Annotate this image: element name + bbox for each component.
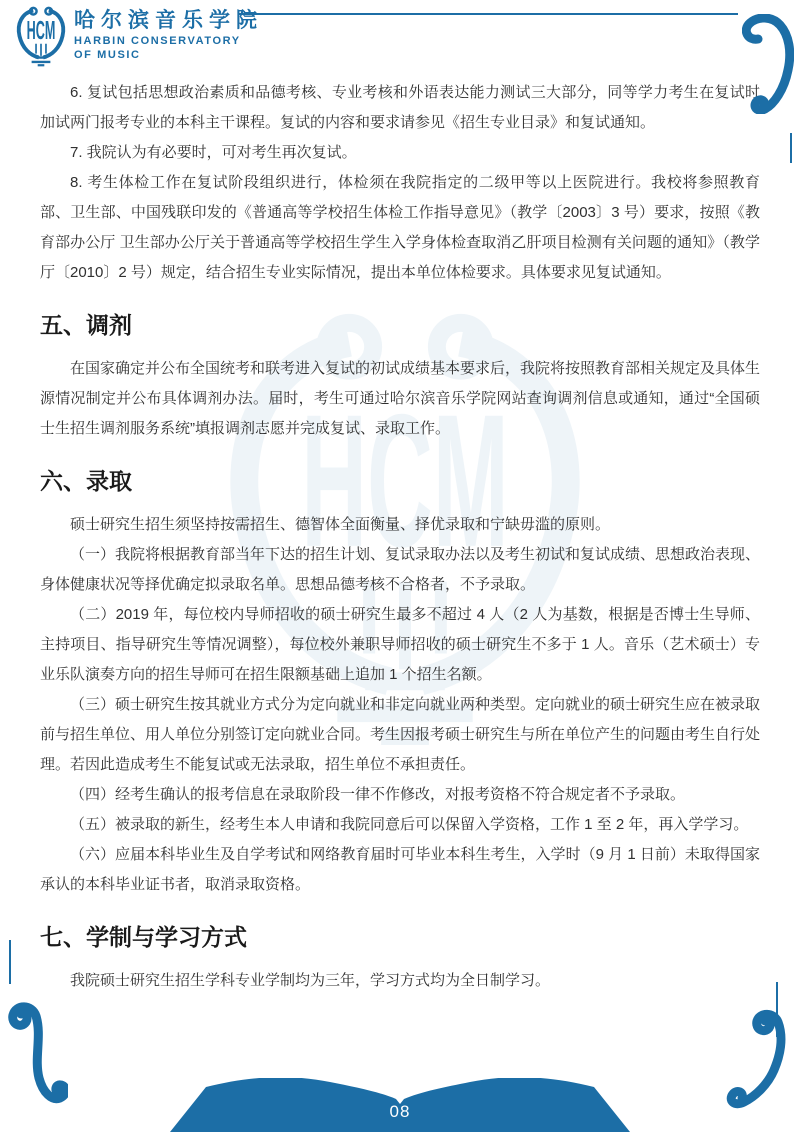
school-name-en-line1: HARBIN CONSERVATORY [74,34,263,48]
accent-line-top-right [790,133,792,163]
header-rule-line [238,13,738,15]
section-tiaoji-paragraph: 在国家确定并公布全国统考和联考进入复试的初试成绩基本要求后，我院将按照教育部相关… [40,354,760,444]
section-xuezhi-paragraph: 我院硕士研究生招生学科专业学制均为三年，学习方式均为全日制学习。 [40,966,760,996]
paragraph-item-6: 6. 复试包括思想政治素质和品德考核、专业考核和外语表达能力测试三大部分，同等学… [40,78,760,138]
document-body: 6. 复试包括思想政治素质和品德考核、专业考核和外语表达能力测试三大部分，同等学… [40,78,760,996]
paragraph-item-8: 8. 考生体检工作在复试阶段组织进行，体检须在我院指定的二级甲等以上医院进行。我… [40,168,760,288]
page-header: 哈尔滨音乐学院 HARBIN CONSERVATORY OF MUSIC [0,0,800,70]
section-heading-luqu: 六、录取 [40,466,760,496]
section-luqu-item-6: （六）应届本科毕业生及自学考试和网络教育届时可毕业本科生考生，入学时（9 月 1… [40,840,760,900]
school-name-cn: 哈尔滨音乐学院 [74,8,263,34]
section-luqu-item-4: （四）经考生确认的报考信息在录取阶段一律不作修改，对报考资格不符合规定者不予录取… [40,780,760,810]
document-page: HCM 哈尔滨音乐学院 HARBIN CONSERVATORY OF MUSIC… [0,0,800,1132]
lyre-logo-icon [12,4,70,68]
section-luqu-item-3: （三）硕士研究生按其就业方式分为定向就业和非定向就业两种类型。定向就业的硕士研究… [40,690,760,780]
section-luqu-item-5: （五）被录取的新生，经考生本人申请和我院同意后可以保留入学资格，工作 1 至 2… [40,810,760,840]
accent-line-bottom-right [776,982,778,1037]
section-heading-xuezhi: 七、学制与学习方式 [40,922,760,952]
school-titles: 哈尔滨音乐学院 HARBIN CONSERVATORY OF MUSIC [74,8,263,62]
scroll-ornament-bottom-right-icon [726,1008,792,1128]
section-luqu-intro: 硕士研究生招生须坚持按需招生、德智体全面衡量、择优录取和宁缺毋滥的原则。 [40,510,760,540]
section-luqu-item-2: （二）2019 年，每位校内导师招收的硕士研究生最多不超过 4 人（2 人为基数… [40,600,760,690]
school-name-en-line2: OF MUSIC [74,48,263,62]
paragraph-item-7: 7. 我院认为有必要时，可对考生再次复试。 [40,138,760,168]
section-heading-tiaoji: 五、调剂 [40,310,760,340]
page-number: 08 [170,1102,630,1122]
scroll-ornament-bottom-left-icon [6,1000,68,1115]
accent-line-bottom-left [9,940,11,984]
section-luqu-item-1: （一）我院将根据教育部当年下达的招生计划、复试录取办法以及考生初试和复试成绩、思… [40,540,760,600]
